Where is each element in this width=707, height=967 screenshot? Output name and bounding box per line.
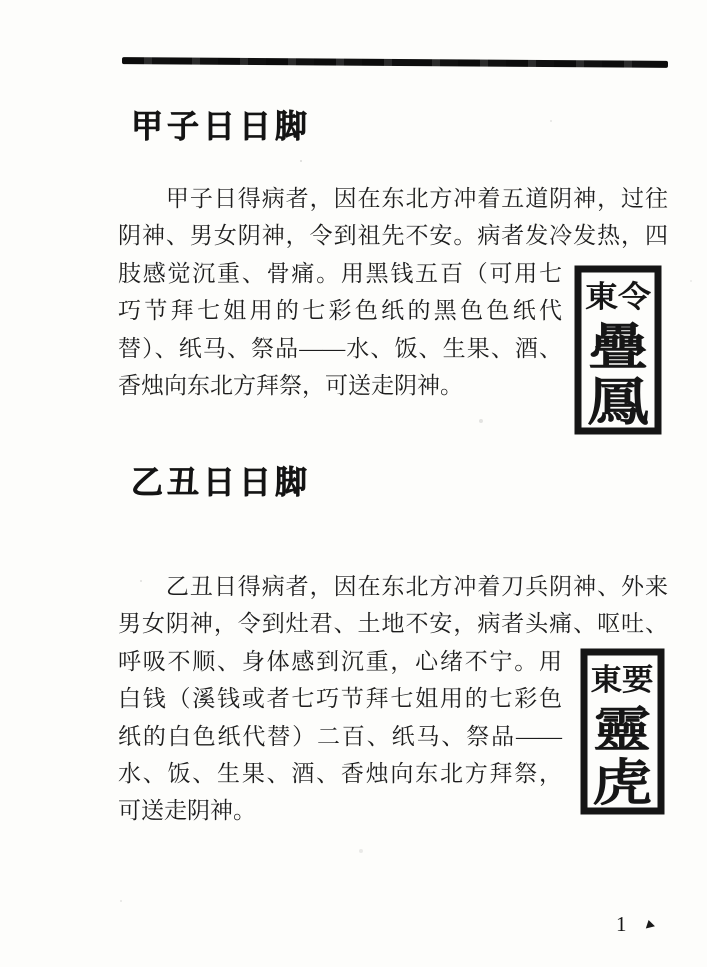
text-line: 巧节拜七姐用的七彩色纸的黑色色纸代 — [118, 292, 562, 329]
page-number: 1 — [616, 912, 627, 937]
text-line: 替）、纸马、祭品——水、饭、生果、酒、 — [118, 330, 562, 367]
talisman-seal-1-drawing: 東令 疊 鳳 — [574, 265, 662, 435]
talisman-glyph: 東要 — [591, 663, 654, 698]
talisman-seal-2: 東要 靈 虎 — [580, 648, 665, 815]
text-line: 阴神、男女阴神，令到祖先不安。病者发冷发热，四 — [118, 217, 668, 254]
section-heading-yichou: 乙丑日日脚 — [131, 457, 311, 503]
text-line: 呼吸不顺、身体感到沉重，心绪不宁。用 — [118, 643, 562, 680]
text-line: 纸的白色纸代替）二百、纸马、祭品—— — [118, 718, 562, 755]
talisman-seal-2-drawing: 東要 靈 虎 — [580, 648, 665, 815]
scanned-book-page: 甲子日日脚 甲子日得病者，因在东北方冲着五道阴神，过往 阴神、男女阴神，令到祖先… — [0, 0, 707, 967]
talisman-glyph: 靈 — [593, 702, 651, 758]
text-line: 水、饭、生果、酒、香烛向东北方拜祭， — [118, 755, 562, 792]
text-line: 乙丑日得病者，因在东北方冲着刀兵阴神、外来 — [118, 568, 668, 605]
talisman-seal-1: 東令 疊 鳳 — [574, 265, 662, 435]
text-line: 甲子日得病者，因在东北方冲着五道阴神，过往 — [118, 180, 668, 217]
talisman-glyph: 虎 — [592, 754, 652, 812]
talisman-glyph: 東令 — [585, 280, 651, 315]
text-line: 肢感觉沉重、骨痛。用黑钱五百（可用七 — [118, 255, 562, 292]
pointer-artifact-mark — [646, 920, 656, 931]
text-line: 白钱（溪钱或者七巧节拜七姐用的七彩色 — [118, 680, 562, 717]
talisman-glyph: 鳳 — [587, 373, 649, 433]
text-line: 男女阴神，令到灶君、土地不安，病者头痛、呕吐、 — [118, 605, 668, 642]
scan-noise-specks — [300, 160, 302, 162]
section-heading-jiazi: 甲子日日脚 — [131, 101, 311, 147]
page-top-rule — [122, 57, 668, 68]
talisman-glyph: 疊 — [588, 318, 648, 376]
